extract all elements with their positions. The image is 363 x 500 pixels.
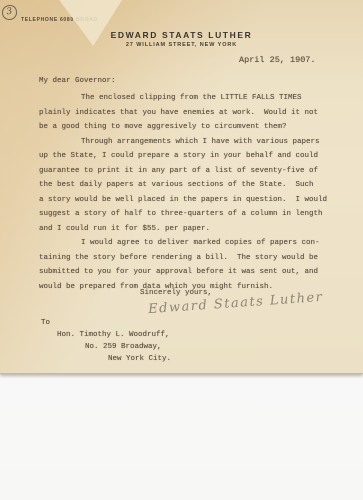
letterhead-address: 27 WILLIAM STREET, NEW YORK [0,42,363,48]
typed-line: the best daily papers at various section… [39,178,334,193]
typed-line: guarantee to print it in any part of a l… [39,164,334,179]
typed-line: The enclosed clipping from the LITTLE FA… [39,91,334,106]
typed-line: be a good thing to move aggresively to c… [39,120,334,135]
typed-line: I would agree to deliver marked copies o… [39,236,334,251]
to-label: To [41,319,50,327]
typed-line: up the State, I could prepare a story in… [39,149,334,164]
salutation: My dear Governor: [39,77,116,85]
typed-line: submitted to you for your approval befor… [39,265,334,280]
archival-page-number: 3 [1,4,18,21]
letterhead-telephone: TELEPHONE 6080 BROAD [21,17,98,23]
letter-body: The enclosed clipping from the LITTLE FA… [39,91,334,294]
typed-line: and I could run it for $55. per paper. [39,222,334,237]
typed-line: taining the story before rendering a bil… [39,251,334,266]
recipient-street: No. 259 Broadway, [85,343,162,351]
recipient-city: New York City. [108,355,171,363]
letterhead-name: EDWARD STAATS LUTHER [0,30,363,40]
scan-background: 3 TELEPHONE 6080 BROAD EDWARD STAATS LUT… [0,0,363,500]
typed-line: suggest a story of half to three-quarter… [39,207,334,222]
letter-page: 3 TELEPHONE 6080 BROAD EDWARD STAATS LUT… [0,0,363,374]
recipient-name: Hon. Timothy L. Woodruff, [57,331,170,339]
letter-date: April 25, 1907. [239,55,316,65]
typed-line: plainly indicates that you have enemies … [39,106,334,121]
closing: Sincerely yours, [140,289,212,297]
typed-line: a story would be well placed in the pape… [39,193,334,208]
typed-line: Through arrangements which I have with v… [39,135,334,150]
